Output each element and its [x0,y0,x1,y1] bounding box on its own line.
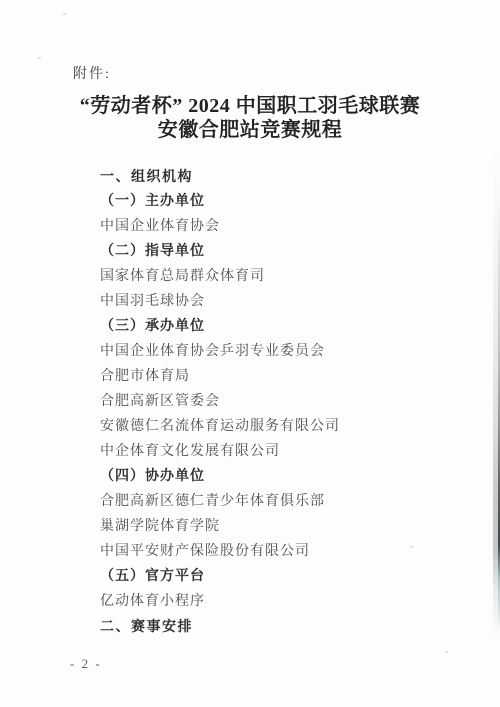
subsection-heading: （五）官方平台 [100,564,500,589]
organization-line: 巢湖学院体育学院 [100,514,500,539]
organization-line: 合肥高新区管委会 [100,389,500,414]
organization-line: 中国企业体育协会乒羽专业委员会 [100,339,500,364]
scan-speck [38,57,41,59]
organization-line: 中国羽毛球协会 [100,289,500,314]
organization-line: 中国企业体育协会 [100,214,500,239]
document-title: “劳动者杯” 2024 中国职工羽毛球联赛 安徽合肥站竞赛规程 [0,94,500,142]
organization-line: 国家体育总局群众体育司 [100,264,500,289]
organization-line: 中国平安财产保险股份有限公司 [100,539,500,564]
scan-speck [63,13,66,15]
organization-line: 合肥市体育局 [100,364,500,389]
document-title-line2: 安徽合肥站竞赛规程 [0,118,500,142]
attachment-label: 附件: [73,66,500,84]
document-title-line1: “劳动者杯” 2024 中国职工羽毛球联赛 [0,94,500,118]
organization-line: 安徽德仁名流体育运动服务有限公司 [100,414,500,439]
document-body: 一、组织机构（一）主办单位中国企业体育协会（二）指导单位国家体育总局群众体育司中… [0,164,500,639]
subsection-heading: （四）协办单位 [100,464,500,489]
organization-line: 合肥高新区德仁青少年体育俱乐部 [100,489,500,514]
subsection-heading: （二）指导单位 [100,239,500,264]
page-number: - 2 - [70,656,102,672]
subsection-heading: （三）承办单位 [100,314,500,339]
organization-line: 中企体育文化发展有限公司 [100,439,500,464]
organization-line: 亿动体育小程序 [100,589,500,614]
scan-speck [445,651,448,653]
subsection-heading: （一）主办单位 [100,189,500,214]
section-heading: 一、组织机构 [100,164,500,189]
document-page: 附件: “劳动者杯” 2024 中国职工羽毛球联赛 安徽合肥站竞赛规程 一、组织… [0,0,500,707]
section-heading: 二、赛事安排 [100,614,500,639]
